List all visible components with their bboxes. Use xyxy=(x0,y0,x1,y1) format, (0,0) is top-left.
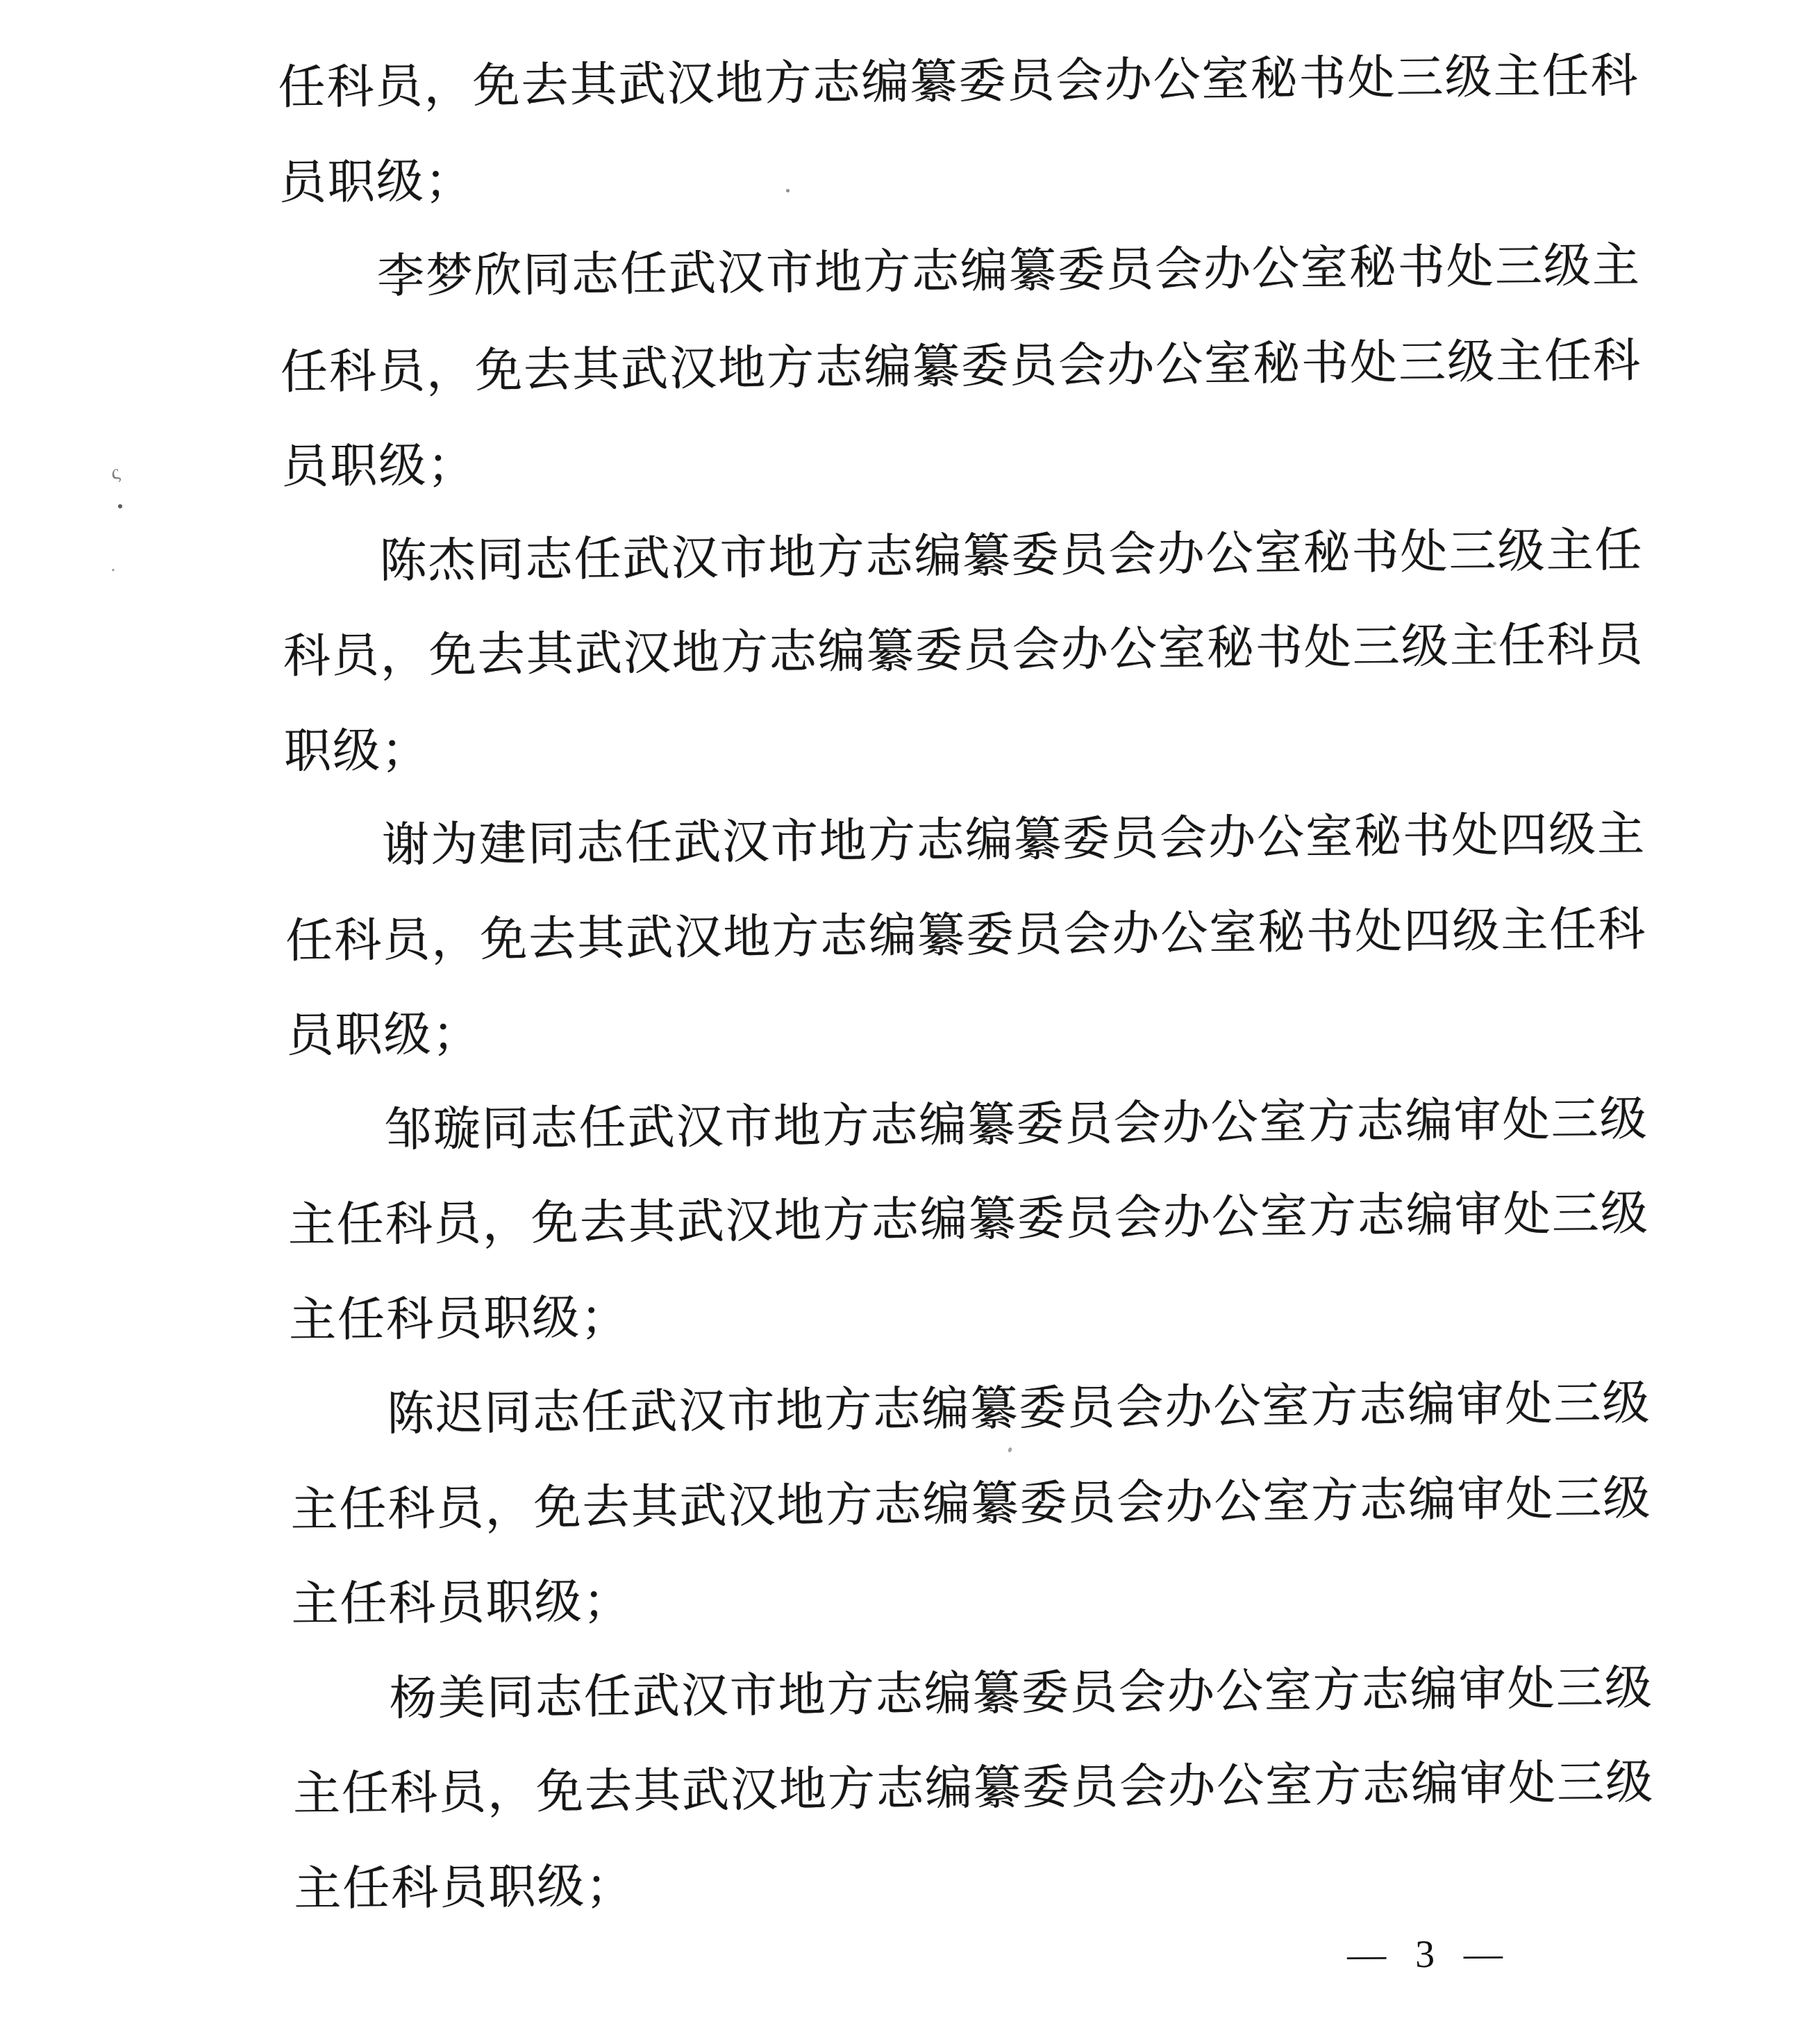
text-line: 谢为建同志任武汉市地方志编纂委员会办公室秘书处四级主 xyxy=(285,787,1667,894)
text-line: 杨美同志任武汉市地方志编纂委员会办公室方志编审处三级 xyxy=(292,1640,1674,1747)
text-line: 主任科员，免去其武汉地方志编纂委员会办公室方志编审处三级 xyxy=(290,1450,1673,1557)
text-line: 职级； xyxy=(283,692,1666,799)
page-number: — 3 — xyxy=(1347,1931,1512,1977)
scan-artifact xyxy=(118,504,122,508)
text-line: 主任科员，免去其武汉地方志编纂委员会办公室方志编审处三级 xyxy=(292,1735,1675,1842)
text-line: 陈杰同志任武汉市地方志编纂委员会办公室秘书处三级主任 xyxy=(282,502,1664,609)
text-line: 主任科员职级； xyxy=(291,1545,1673,1652)
text-line: 任科员，免去其武汉地方志编纂委员会办公室秘书处三级主任科 xyxy=(278,28,1660,135)
text-line: 主任科员职级； xyxy=(294,1829,1676,1936)
scan-artifact: ς xyxy=(108,460,122,485)
text-line: 员职级； xyxy=(286,977,1669,1083)
text-line: 邹璇同志任武汉市地方志编纂委员会办公室方志编审处三级 xyxy=(287,1071,1669,1178)
scan-artifact: · xyxy=(108,559,118,582)
text-line: 科员，免去其武汉地方志编纂委员会办公室秘书处三级主任科员 xyxy=(283,597,1665,704)
text-line: 员职级； xyxy=(281,408,1664,515)
text-line: 任科员，免去其武汉地方志编纂委员会办公室秘书处三级主任科 xyxy=(281,313,1663,419)
text-line: 主任科员，免去其武汉地方志编纂委员会办公室方志编审处三级 xyxy=(287,1166,1670,1273)
text-line: 员职级； xyxy=(278,123,1661,230)
text-line: 李梦欣同志任武汉市地方志编纂委员会办公室秘书处三级主 xyxy=(279,218,1662,325)
text-line: 任科员，免去其武汉地方志编纂委员会办公室秘书处四级主任科 xyxy=(285,881,1668,988)
scanned-document-page: 任科员，免去其武汉地方志编纂委员会办公室秘书处三级主任科员职级；李梦欣同志任武汉… xyxy=(0,0,1795,2044)
text-line: 主任科员职级； xyxy=(288,1261,1671,1368)
document-body: 任科员，免去其武汉地方志编纂委员会办公室秘书处三级主任科员职级；李梦欣同志任武汉… xyxy=(278,28,1676,1936)
text-line: 陈迟同志任武汉市地方志编纂委员会办公室方志编审处三级 xyxy=(290,1356,1672,1463)
